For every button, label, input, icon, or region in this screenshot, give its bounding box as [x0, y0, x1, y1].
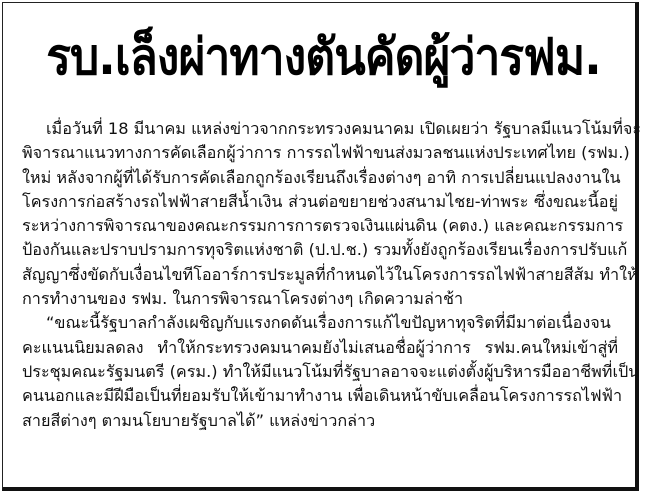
- paragraph-1-line-8: การทำงานของ รฟม. ในการพิจารณาโครงต่างๆ เ…: [22, 287, 618, 311]
- paragraph-2-line-3: ประชุมคณะรัฐมนตรี (ครม.) ทำให้มีแนวโน้มท…: [22, 360, 618, 384]
- paragraph-1-line-3: ใหม่ หลังจากผู้ที่ได้รับการคัดเลือกถูกร้…: [22, 166, 618, 190]
- article-body: เมื่อวันที่ 18 มีนาคม แหล่งข่าวจากกระทรว…: [22, 117, 618, 433]
- paragraph-2-line-4: คนนอกและมีฝีมือเป็นที่ยอมรับให้เข้ามาทำง…: [22, 384, 618, 408]
- paragraph-1-line-1: เมื่อวันที่ 18 มีนาคม แหล่งข่าวจากกระทรว…: [22, 117, 618, 141]
- article-headline: รบ.เล็งผ่าทางตันคัดผู้ว่ารฟม.: [26, 22, 621, 92]
- paragraph-1-line-6: ป้องกันและปราบปรามการทุจริตแห่งชาติ (ป.ป…: [22, 238, 618, 262]
- paragraph-2-line-2: คะแนนนิยมลดลง ทำให้กระทรวงคมนาคมยังไม่เส…: [22, 336, 618, 360]
- paragraph-1-line-2: พิจารณาแนวทางการคัดเลือกผู้ว่าการ การรถไ…: [22, 141, 618, 165]
- paragraph-1-line-7: สัญญาซึ่งขัดกับเงื่อนไขทีโออาร์การประมูล…: [22, 263, 618, 287]
- paragraph-1-line-5: ระหว่างการพิจารณาของคณะกรรมการการตรวจเงิ…: [22, 214, 618, 238]
- paragraph-1-line-4: โครงการก่อสร้างรถไฟฟ้าสายสีน้ำเงิน ส่วนต…: [22, 190, 618, 214]
- paragraph-2-line-1: “ขณะนี้รัฐบาลกำลังเผชิญกับแรงกดดันเรื่อง…: [22, 311, 618, 335]
- paragraph-2-line-5: สายสีต่างๆ ตามนโยบายรัฐบาลได้” แหล่งข่าว…: [22, 409, 618, 433]
